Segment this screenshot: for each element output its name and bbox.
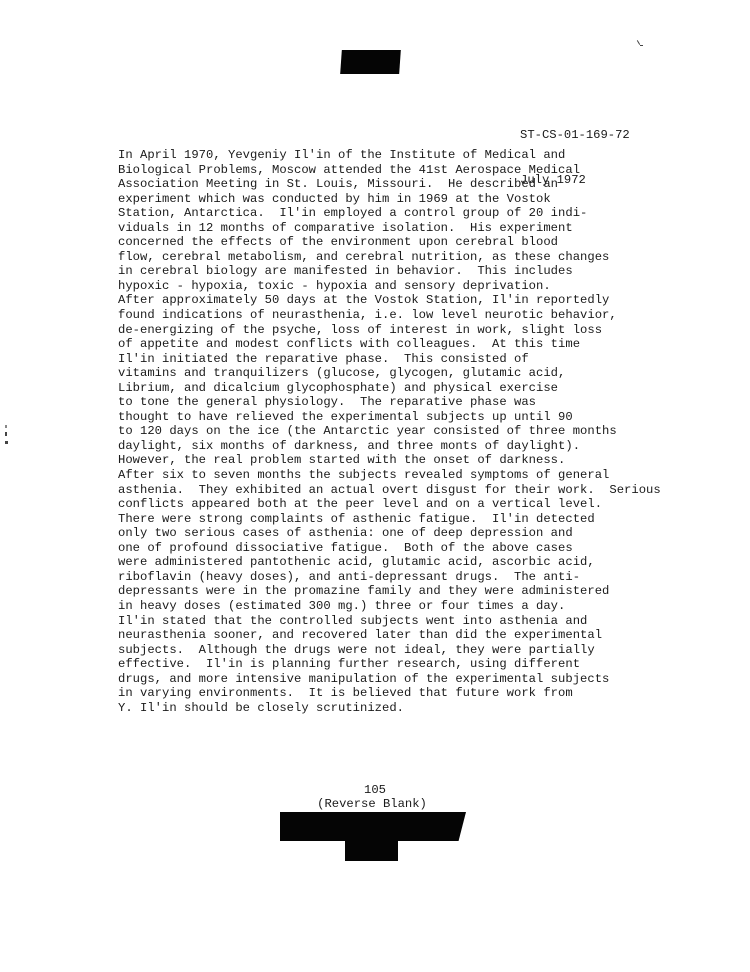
body-line: depressants were in the promazine family… — [118, 584, 661, 599]
body-line: flow, cerebral metabolism, and cerebral … — [118, 250, 661, 265]
body-line: Station, Antarctica. Il'in employed a co… — [118, 206, 661, 221]
body-line: in cerebral biology are manifested in be… — [118, 264, 661, 279]
body-line: de-energizing of the psyche, loss of int… — [118, 323, 661, 338]
body-line: drugs, and more intensive manipulation o… — [118, 672, 661, 687]
body-line: Biological Problems, Moscow attended the… — [118, 163, 661, 178]
document-page: ST-CS-01-169-72 July 1972 In April 1970,… — [0, 0, 750, 972]
body-line: viduals in 12 months of comparative isol… — [118, 221, 661, 236]
margin-mark — [5, 441, 8, 444]
body-line: neurasthenia sooner, and recovered later… — [118, 628, 661, 643]
body-line: concerned the effects of the environment… — [118, 235, 661, 250]
control-number: ST-CS-01-169-72 — [520, 128, 630, 143]
margin-mark — [5, 432, 7, 436]
body-line: found indications of neurasthenia, i.e. … — [118, 308, 661, 323]
body-line: daylight, six months of darkness, and th… — [118, 439, 661, 454]
body-line: in varying environments. It is believed … — [118, 686, 661, 701]
body-line: Il'in initiated the reparative phase. Th… — [118, 352, 661, 367]
body-line: Association Meeting in St. Louis, Missou… — [118, 177, 661, 192]
body-line: conflicts appeared both at the peer leve… — [118, 497, 661, 512]
body-line: After approximately 50 days at the Vosto… — [118, 293, 661, 308]
body-line: subjects. Although the drugs were not id… — [118, 643, 661, 658]
body-line: riboflavin (heavy doses), and anti-depre… — [118, 570, 661, 585]
body-line: asthenia. They exhibited an actual overt… — [118, 483, 661, 498]
scan-mark — [640, 45, 643, 46]
body-line: experiment which was conducted by him in… — [118, 192, 661, 207]
body-line: In April 1970, Yevgeniy Il'in of the Ins… — [118, 148, 661, 163]
body-line: of appetite and modest conflicts with co… — [118, 337, 661, 352]
body-line: one of profound dissociative fatigue. Bo… — [118, 541, 661, 556]
document-body: In April 1970, Yevgeniy Il'in of the Ins… — [118, 148, 661, 715]
body-line: to 120 days on the ice (the Antarctic ye… — [118, 424, 661, 439]
reverse-blank-note: (Reverse Blank) — [0, 797, 747, 812]
body-line: However, the real problem started with t… — [118, 453, 661, 468]
body-line: vitamins and tranquilizers (glucose, gly… — [118, 366, 661, 381]
body-line: only two serious cases of asthenia: one … — [118, 526, 661, 541]
margin-mark — [5, 425, 7, 428]
body-line: thought to have relieved the experimenta… — [118, 410, 661, 425]
body-line: in heavy doses (estimated 300 mg.) three… — [118, 599, 661, 614]
redaction-block-bottom — [280, 812, 466, 841]
body-line: effective. Il'in is planning further res… — [118, 657, 661, 672]
redaction-block-top — [340, 50, 401, 74]
body-line: to tone the general physiology. The repa… — [118, 395, 661, 410]
body-line: Il'in stated that the controlled subject… — [118, 614, 661, 629]
body-line: Y. Il'in should be closely scrutinized. — [118, 701, 661, 716]
redaction-block-bottom-tab — [345, 840, 398, 861]
body-line: After six to seven months the subjects r… — [118, 468, 661, 483]
body-line: hypoxic - hypoxia, toxic - hypoxia and s… — [118, 279, 661, 294]
page-number: 105 — [0, 783, 750, 798]
body-line: There were strong complaints of asthenic… — [118, 512, 661, 527]
body-line: were administered pantothenic acid, glut… — [118, 555, 661, 570]
body-line: Librium, and dicalcium glycophosphate) a… — [118, 381, 661, 396]
